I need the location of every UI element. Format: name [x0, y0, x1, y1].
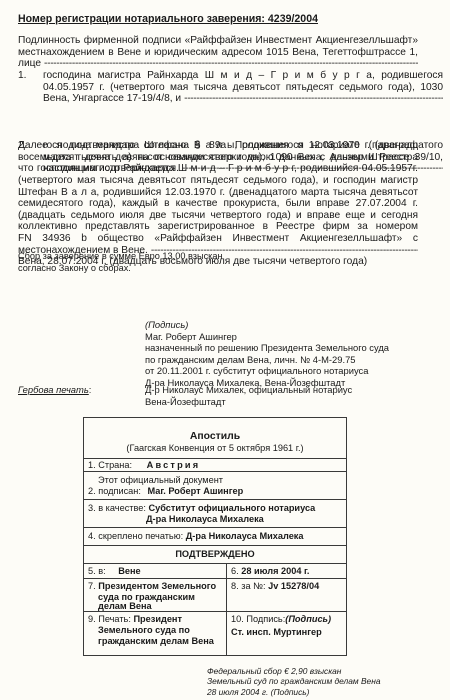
seal-cell-line-1: Президент [133, 614, 182, 624]
seal-cell-line-2: Земельного суда по [98, 625, 190, 636]
signed-cell: 2. подписан: Маг. Роберт Ашингер [88, 486, 243, 497]
date-value: 28 июля 2004 г. [241, 566, 309, 576]
country-label: Страна: [98, 460, 132, 470]
seal-text: Д-р Николаус Михалек, официальный нотари… [145, 384, 352, 407]
footer-line-2: Земельный суд по гражданским делам Вена [207, 676, 380, 686]
intro-line-3-text: лице [18, 58, 41, 70]
apostille-row-7-8: 7. Президентом Земельного суда по гражда… [84, 579, 346, 612]
capacity-value-1: Субститут официального нотариуса [149, 503, 316, 513]
fee-line-1: Сбор за заверение в сумме Евро 13,00 взы… [18, 250, 223, 262]
certified-heading: ПОДТВЕРЖДЕНО [84, 549, 346, 559]
cell-9: 9. Печать: Президент [88, 614, 182, 625]
capacity-label: в качестве: [98, 503, 146, 513]
number-label: за №: [241, 581, 265, 591]
sealed-value: Д-ра Николауса Михалека [186, 531, 304, 541]
seal-label: Гербова печать: [18, 384, 91, 395]
country-value: Австрия [147, 460, 201, 470]
seal-cell-line-3: гражданским делам Вена [98, 636, 214, 647]
cell-7: 7. Президентом Земельного [88, 581, 216, 592]
seal-cell-label: Печать: [98, 614, 131, 624]
confirmation-line: семидесятого года), каждый в качестве пр… [18, 198, 418, 210]
seal-line-1: Д-р Николаус Михалек, официальный нотари… [145, 384, 352, 396]
place-value: Вене [118, 566, 140, 576]
cell-10: 10. Подпись:(Подпись) [231, 614, 331, 625]
seal-line-2: Вена-Йозефштадт [145, 396, 352, 408]
person-1-line-3-text: Вена, Унгаргассе 17-19/4/8, и [43, 93, 181, 105]
authority-line-3: делам Вена [98, 601, 152, 612]
row-number: 3. [88, 503, 96, 513]
seal-label-text: Гербова печать [18, 384, 89, 395]
confirmation-line: что господин магистр Райнхарда Ш м и д –… [18, 163, 418, 175]
apostille-row-country: 1. Страна: Австрия [84, 459, 346, 472]
confirmation-line: (двадцать седьмого июля две тысячи четве… [18, 210, 418, 222]
row-number: 8. [231, 581, 239, 591]
footer-line-3: 28 июля 2004 г. (Подпись) [207, 687, 380, 697]
person-1-item: 1. господина магистра Райнхарда Ш м и д … [18, 70, 443, 105]
person-1-line-3: Вена, Унгаргассе 17-19/4/8, и ----------… [43, 93, 443, 105]
confirmation-line: Далее я подтверждаю согласно § 89а Полож… [18, 140, 418, 152]
intro-line-2: местнахождением в Вене и юридическим адр… [18, 47, 418, 59]
apostille-row-signed: Этот официальный документ 2. подписан: М… [84, 472, 346, 500]
confirmation-line: Штефан В а л а, родившийся 12.03.1970 г.… [18, 187, 418, 199]
apostille-row-certified: ПОДТВЕРЖДЕНО [84, 546, 346, 564]
row-number: 7. [88, 581, 96, 591]
row-number: 5. [88, 566, 96, 576]
signer-line-3: от 20.11.2001 г. субститут официального … [145, 365, 389, 377]
confirmation-line: FN 34936 b общество «Райффайзен Инвестме… [18, 233, 418, 245]
registration-title: Номер регистрации нотариального заверени… [18, 13, 318, 25]
apostille-title: Апостиль [84, 431, 346, 442]
federal-fee-note: Федеральный сбор € 2,90 взыскан Земельны… [207, 666, 380, 697]
confirmation-paragraph: Далее я подтверждаю согласно § 89а Полож… [18, 140, 418, 268]
dash-filler: ----------------------------------------… [184, 93, 443, 105]
signed-pre-text: Этот официальный документ [98, 475, 223, 486]
signer-name: Маг. Роберт Ашингер [145, 331, 389, 343]
row-number: 1. [88, 460, 96, 470]
authority-line-1: Президентом Земельного [98, 581, 216, 591]
sealed-cell: 4. скреплено печатью: Д-ра Николауса Мих… [88, 531, 304, 542]
list-number: 1. [18, 70, 27, 82]
apostille-subtitle: (Гаагская Конвенция от 5 октября 1961 г.… [84, 443, 346, 453]
signature-block: (Подпись) Маг. Роберт Ашингер назначенны… [145, 319, 389, 388]
dash-filler: ----------------------------------------… [44, 58, 418, 70]
place-label: в: [98, 566, 105, 576]
signature-cell-label: Подпись: [246, 614, 285, 624]
row-number: 9. [88, 614, 96, 624]
capacity-cell: 3. в качестве: Субститут официального но… [88, 503, 315, 514]
column-divider [226, 564, 227, 655]
signer-line-1: назначенный по решению Президента Земель… [145, 342, 389, 354]
apostille-row-5-6: 5. в: Вене 6. 28 июля 2004 г. [84, 564, 346, 579]
apostille-row-9-10: 9. Печать: Президент Земельного суда по … [84, 612, 346, 655]
fee-note: Сбор за заверение в сумме Евро 13,00 взы… [18, 250, 223, 274]
apostille-row-capacity: 3. в качестве: Субститут официального но… [84, 500, 346, 528]
footer-line-1: Федеральный сбор € 2,90 взыскан [207, 666, 380, 676]
intro-line-1: Подлинность фирменной подписи «Райффайзе… [18, 35, 418, 47]
row-number: 2. [88, 486, 96, 496]
document-page: Номер регистрации нотариального заверени… [0, 0, 450, 700]
row-number: 10. [231, 614, 244, 624]
signed-label: подписан: [98, 486, 141, 496]
signer-line-2: по гражданским делам Вена, личн. № 4-М-2… [145, 354, 389, 366]
cell-6: 6. 28 июля 2004 г. [231, 566, 309, 577]
fee-line-2: согласно Закону о сборах. [18, 262, 223, 274]
signature-label: (Подпись) [145, 319, 389, 331]
seal-label-colon: : [89, 384, 92, 395]
apostille-row-sealed: 4. скреплено печатью: Д-ра Николауса Мих… [84, 528, 346, 546]
cell-5: 5. в: Вене [88, 566, 141, 577]
confirmation-line: коллективно представлять зарегистрирован… [18, 221, 418, 233]
intro-line-3: лице -----------------------------------… [18, 58, 418, 70]
sealed-label: скреплено печатью: [98, 531, 183, 541]
cell-8: 8. за №: Jv 15278/04 [231, 581, 319, 592]
capacity-value-2: Д-ра Николауса Михалека [146, 514, 264, 525]
apostille-header: Апостиль (Гаагская Конвенция от 5 октябр… [84, 418, 346, 459]
confirmation-line: восемьдесят девять а) на основании сверк… [18, 152, 418, 164]
signature-cell-name: Ст. инсп. Муртингер [231, 627, 322, 638]
signature-cell-value: (Подпись) [285, 614, 331, 624]
person-1-line-1: господина магистра Райнхарда Ш м и д – Г… [43, 70, 443, 82]
country-cell: 1. Страна: Австрия [88, 460, 200, 471]
number-value: Jv 15278/04 [268, 581, 319, 591]
confirmation-line: (четвертого мая тысяча девятьсот пятьдес… [18, 175, 418, 187]
apostille-table: Апостиль (Гаагская Конвенция от 5 октябр… [83, 417, 347, 656]
intro-paragraph: Подлинность фирменной подписи «Райффайзе… [18, 35, 418, 70]
signed-value: Маг. Роберт Ашингер [147, 486, 243, 496]
row-number: 6. [231, 566, 239, 576]
row-number: 4. [88, 531, 96, 541]
person-1-line-2: 04.05.1957 г. (четвертого мая тысяча дев… [43, 82, 443, 94]
